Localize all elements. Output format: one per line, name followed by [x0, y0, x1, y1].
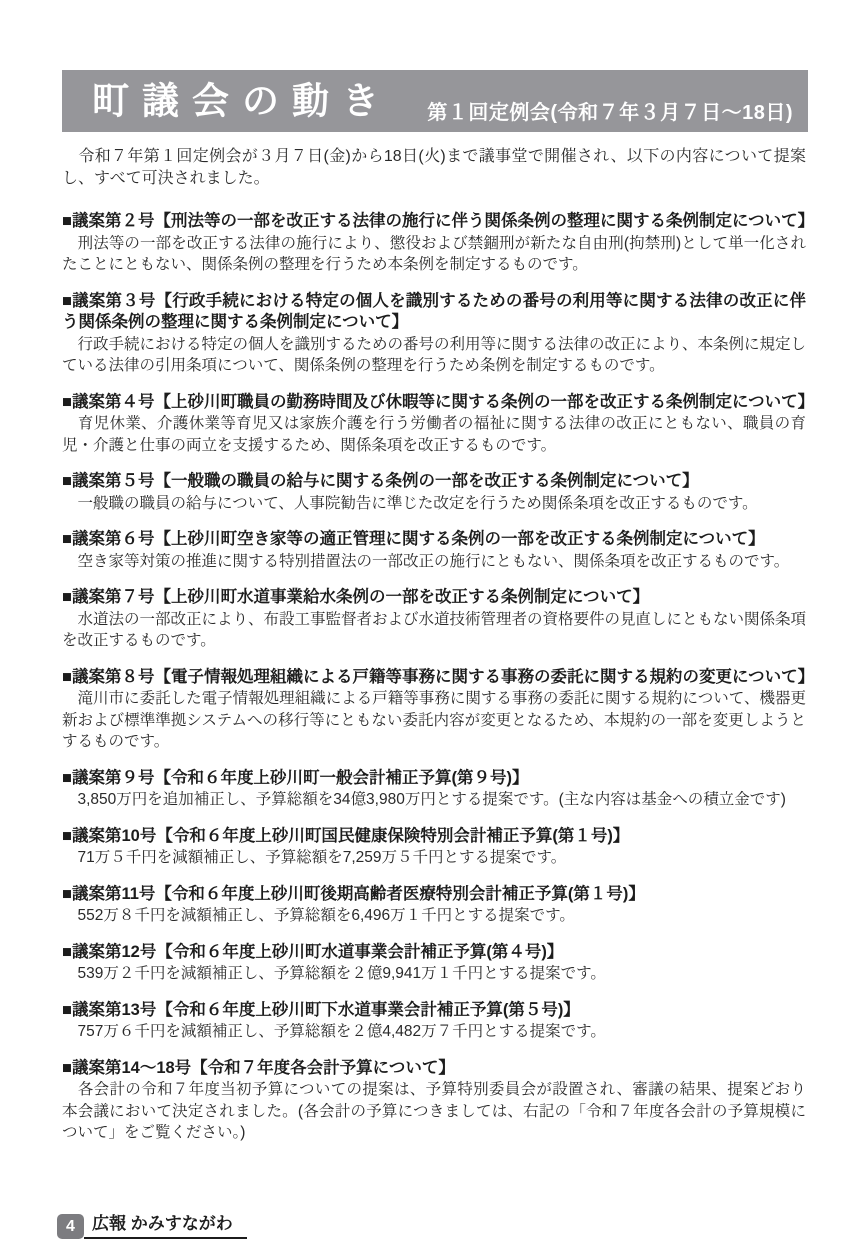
- agenda-item-heading: ■議案第２号【刑法等の一部を改正する法律の施行に伴う関係条例の整理に関する条例制…: [62, 211, 806, 233]
- article-body: 令和７年第１回定例会が３月７日(金)から18日(火)まで議事堂で開催され、以下の…: [62, 146, 806, 1159]
- agenda-item-heading: ■議案第７号【上砂川町水道事業給水条例の一部を改正する条例制定について】: [62, 587, 806, 609]
- agenda-item-heading: ■議案第13号【令和６年度上砂川町下水道事業会計補正予算(第５号)】: [62, 1000, 806, 1022]
- agenda-item-body: 一般職の職員の給与について、人事院勧告に準じた改定を行うため関係条項を改正するも…: [62, 493, 806, 515]
- agenda-item-body: 71万５千円を減額補正し、予算総額を7,259万５千円とする提案です。: [62, 847, 806, 869]
- agenda-item-heading: ■議案第４号【上砂川町職員の勤務時間及び休暇等に関する条例の一部を改正する条例制…: [62, 392, 806, 414]
- agenda-item-body: 水道法の一部改正により、布設工事監督者および水道技術管理者の資格要件の見直しにと…: [62, 609, 806, 652]
- agenda-item-8: ■議案第８号【電子情報処理組織による戸籍等事務に関する事務の委託に関する規約の変…: [62, 667, 806, 753]
- agenda-item-14-18: ■議案第14～18号【令和７年度各会計予算について】 各会計の令和７年度当初予算…: [62, 1058, 806, 1144]
- agenda-item-7: ■議案第７号【上砂川町水道事業給水条例の一部を改正する条例制定について】 水道法…: [62, 587, 806, 652]
- agenda-item-6: ■議案第６号【上砂川町空き家等の適正管理に関する条例の一部を改正する条例制定につ…: [62, 529, 806, 572]
- agenda-item-10: ■議案第10号【令和６年度上砂川町国民健康保険特別会計補正予算(第１号)】 71…: [62, 826, 806, 869]
- page-title: 町議会の動き: [92, 83, 392, 120]
- session-subtitle: 第１回定例会(令和７年３月７日～18日): [427, 103, 793, 123]
- agenda-item-heading: ■議案第10号【令和６年度上砂川町国民健康保険特別会計補正予算(第１号)】: [62, 826, 806, 848]
- agenda-item-body: 3,850万円を追加補正し、予算総額を34億3,980万円とする提案です。(主な…: [62, 789, 806, 811]
- agenda-item-heading: ■議案第11号【令和６年度上砂川町後期高齢者医療特別会計補正予算(第１号)】: [62, 884, 806, 906]
- agenda-item-heading: ■議案第６号【上砂川町空き家等の適正管理に関する条例の一部を改正する条例制定につ…: [62, 529, 806, 551]
- agenda-item-body: 刑法等の一部を改正する法律の施行により、懲役および禁錮刑が新たな自由刑(拘禁刑)…: [62, 233, 806, 276]
- agenda-item-heading: ■議案第12号【令和６年度上砂川町水道事業会計補正予算(第４号)】: [62, 942, 806, 964]
- agenda-item-2: ■議案第２号【刑法等の一部を改正する法律の施行に伴う関係条例の整理に関する条例制…: [62, 211, 806, 276]
- agenda-item-heading: ■議案第８号【電子情報処理組織による戸籍等事務に関する事務の委託に関する規約の変…: [62, 667, 806, 689]
- agenda-item-body: 行政手続における特定の個人を識別するための番号の利用等に関する法律の改正により、…: [62, 334, 806, 377]
- agenda-item-9: ■議案第９号【令和６年度上砂川町一般会計補正予算(第９号)】 3,850万円を追…: [62, 768, 806, 811]
- agenda-item-body: 滝川市に委託した電子情報処理組織による戸籍等事務に関する事務の委託に関する規約に…: [62, 688, 806, 753]
- agenda-item-heading: ■議案第３号【行政手続における特定の個人を識別するための番号の利用等に関する法律…: [62, 291, 806, 334]
- agenda-item-heading: ■議案第５号【一般職の職員の給与に関する条例の一部を改正する条例制定について】: [62, 471, 806, 493]
- agenda-item-heading: ■議案第９号【令和６年度上砂川町一般会計補正予算(第９号)】: [62, 768, 806, 790]
- publication-title: 広報 かみすながわ: [84, 1212, 247, 1239]
- agenda-item-body: 539万２千円を減額補正し、予算総額を２億9,941万１千円とする提案です。: [62, 963, 806, 985]
- agenda-item-3: ■議案第３号【行政手続における特定の個人を識別するための番号の利用等に関する法律…: [62, 291, 806, 377]
- agenda-item-body: 各会計の令和７年度当初予算についての提案は、予算特別委員会が設置され、審議の結果…: [62, 1079, 806, 1144]
- agenda-item-heading: ■議案第14～18号【令和７年度各会計予算について】: [62, 1058, 806, 1080]
- intro-paragraph: 令和７年第１回定例会が３月７日(金)から18日(火)まで議事堂で開催され、以下の…: [62, 146, 806, 190]
- agenda-item-body: 757万６千円を減額補正し、予算総額を２億4,482万７千円とする提案です。: [62, 1021, 806, 1043]
- agenda-item-12: ■議案第12号【令和６年度上砂川町水道事業会計補正予算(第４号)】 539万２千…: [62, 942, 806, 985]
- agenda-item-4: ■議案第４号【上砂川町職員の勤務時間及び休暇等に関する条例の一部を改正する条例制…: [62, 392, 806, 457]
- agenda-item-body: 育児休業、介護休業等育児又は家族介護を行う労働者の福祉に関する法律の改正にともな…: [62, 413, 806, 456]
- agenda-item-body: 空き家等対策の推進に関する特別措置法の一部改正の施行にともない、関係条項を改正す…: [62, 551, 806, 573]
- agenda-item-5: ■議案第５号【一般職の職員の給与に関する条例の一部を改正する条例制定について】 …: [62, 471, 806, 514]
- agenda-item-13: ■議案第13号【令和６年度上砂川町下水道事業会計補正予算(第５号)】 757万６…: [62, 1000, 806, 1043]
- header-banner: 町議会の動き 第１回定例会(令和７年３月７日～18日): [62, 70, 808, 132]
- page-number-badge: 4: [57, 1214, 84, 1239]
- agenda-item-11: ■議案第11号【令和６年度上砂川町後期高齢者医療特別会計補正予算(第１号)】 5…: [62, 884, 806, 927]
- agenda-item-body: 552万８千円を減額補正し、予算総額を6,496万１千円とする提案です。: [62, 905, 806, 927]
- page-footer: 4 広報 かみすながわ: [57, 1212, 247, 1239]
